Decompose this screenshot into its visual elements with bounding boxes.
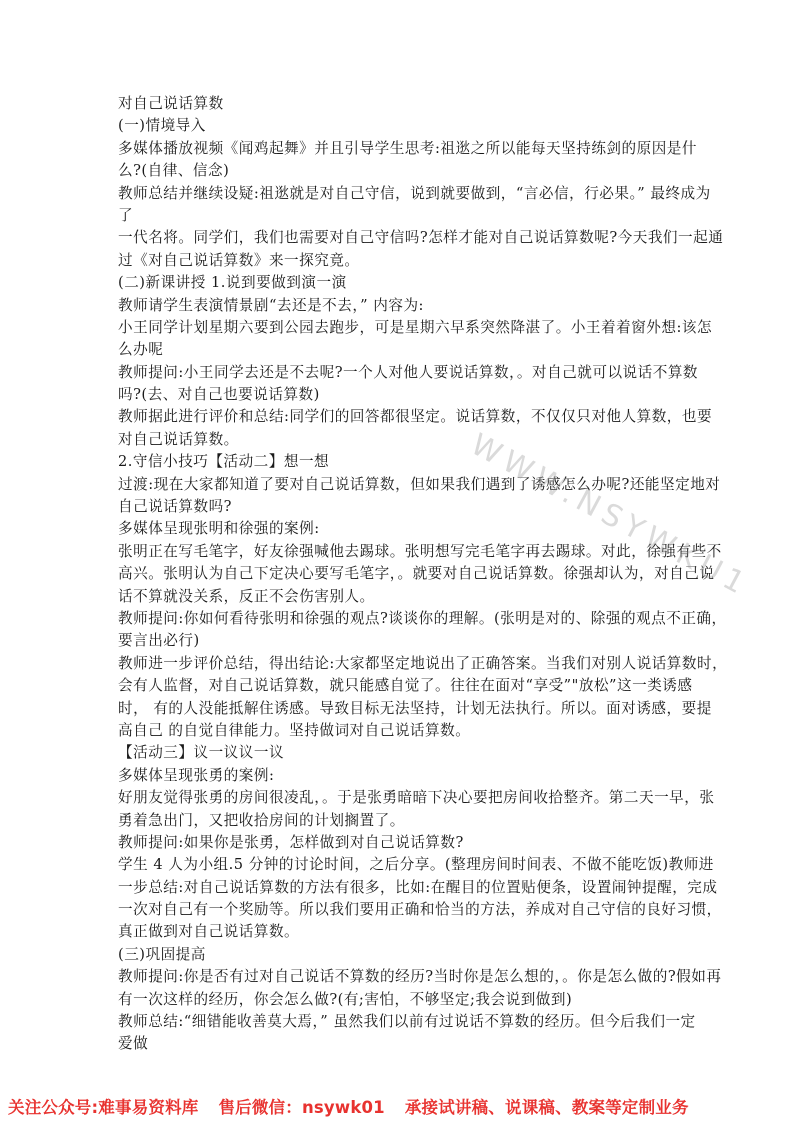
document-title: 对自己说话算数 — [118, 93, 678, 115]
section-heading: 【活动三】议一议议一议 — [118, 742, 678, 764]
section-heading: (二)新课讲授 1.说到要做到演一演 — [118, 272, 678, 294]
paragraph-line: 么?(自律、信念) — [118, 160, 678, 182]
paragraph-line: 么办呢 — [118, 339, 678, 361]
paragraph-line: 教师提问:你是否有过对自己说话不算数的经历?当时你是怎么想的，。你是怎么做的?假… — [118, 966, 678, 988]
paragraph-line: 真正做到对自己说话算数。 — [118, 921, 678, 943]
paragraph-line: 有一次这样的经历，你会怎么做?(有;害怕，不够坚定;我会说到做到) — [118, 989, 678, 1011]
footer-wechat-account: 关注公众号:难事易资料库 — [8, 1098, 199, 1117]
paragraph-line: 了 — [118, 205, 678, 227]
paragraph-line: 教师提问:小王同学去还是不去呢?一个人对他人要说话算数，。对自己就可以说话不算数 — [118, 362, 678, 384]
paragraph-line: 教师提问:如果你是张勇，怎样做到对自己说话算数? — [118, 832, 678, 854]
paragraph-line: 高自己 的自觉自律能力。坚持做词对自己说话算数。 — [118, 720, 678, 742]
paragraph-line: 话不算就没关系，反正不会伤害别人。 — [118, 586, 678, 608]
section-heading: (一)情境导入 — [118, 115, 678, 137]
paragraph-line: 过渡:现在大家都知道了要对自己说话算数，但如果我们遇到了诱感怎么办呢?还能坚定地… — [118, 474, 678, 496]
paragraph-line: 一步总结:对自己说话算数的方法有很多，比如:在醒目的位置贴便条，设置闹钟提醒，完… — [118, 877, 678, 899]
paragraph-line: 要言出必行) — [118, 630, 678, 652]
footer-service: 承接试讲稿、说课稿、教案等定制业务 — [405, 1098, 689, 1117]
footer-banner: 关注公众号:难事易资料库 售后微信：nsywk01 承接试讲稿、说课稿、教案等定… — [0, 1094, 793, 1122]
paragraph-line: 多媒体呈现张勇的案例: — [118, 765, 678, 787]
paragraph-line: 高兴。张明认为自己下定决心要写毛笔字，。就要对自己说话算数。徐强却认为，对自己说 — [118, 563, 678, 585]
paragraph-line: 小王同学计划星期六要到公园去跑步，可是星期六早系突然降湛了。小王着着窗外想:该怎 — [118, 317, 678, 339]
paragraph-line: 吗?(去、对自己也要说话算数) — [118, 384, 678, 406]
paragraph-line: 爱做 — [118, 1033, 678, 1055]
paragraph-line: 教师提问:你如何看待张明和徐强的观点?谈谈你的理解。(张明是对的、除强的观点不正… — [118, 608, 678, 630]
paragraph-line: 勇着急出门，又把收拾房间的计划搁置了。 — [118, 810, 678, 832]
paragraph-line: 教师总结:“细错能收善莫大焉，” 虽然我们以前有过说话不算数的经历。但今后我们一… — [118, 1011, 678, 1033]
paragraph-line: 多媒体呈现张明和徐强的案例: — [118, 518, 678, 540]
paragraph-line: 时， 有的人没能抵解住诱感。导致目标无法坚持，计划无法执行。所以。面对诱感，要提 — [118, 698, 678, 720]
paragraph-line: 好朋友觉得张勇的房间很凌乱，。于是张勇暗暗下决心要把房间收拾整齐。第二天一早，张 — [118, 787, 678, 809]
paragraph-line: 教师据此进行评价和总结:同学们的回答都很坚定。说话算数，不仅仅只对他人算数，也要 — [118, 406, 678, 428]
footer-contact: 售后微信：nsywk01 — [218, 1098, 384, 1117]
document-body: 对自己说话算数 (一)情境导入 多媒体播放视频《闻鸡起舞》并且引导学生思考:祖逖… — [118, 93, 678, 1056]
paragraph-line: 教师总结并继续设疑:祖逖就是对自己守信，说到就要做到，“言必信，行必果。” 最终… — [118, 183, 678, 205]
paragraph-line: 教师请学生表演情景剧“去还是不去，” 内容为: — [118, 295, 678, 317]
paragraph-line: 对自己说话算数。 — [118, 429, 678, 451]
paragraph-line: 一代名将。同学们，我们也需要对自己守信吗?怎样才能对自己说话算数呢?今天我们一起… — [118, 227, 678, 249]
paragraph-line: 自己说话算数吗? — [118, 496, 678, 518]
paragraph-line: 学生 4 人为小组.5 分钟的讨论时间，之后分享。(整理房间时间表、不做不能吃饭… — [118, 854, 678, 876]
paragraph-line: 教师进一步评价总结，得出结论:大家都坚定地说出了正确答案。当我们对别人说话算数时… — [118, 653, 678, 675]
paragraph-line: 多媒体播放视频《闻鸡起舞》并且引导学生思考:祖逖之所以能每天坚持练剑的原因是什 — [118, 138, 678, 160]
paragraph-line: 过《对自己说话算数》来一探究竟。 — [118, 250, 678, 272]
section-heading: 2.守信小技巧【活动二】想一想 — [118, 451, 678, 473]
paragraph-line: 张明正在写毛笔字，好友徐强喊他去踢球。张明想写完毛笔字再去踢球。对此，徐强有些不 — [118, 541, 678, 563]
paragraph-line: 会有人监督，对自己说话算数，就只能感自觉了。往往在面对“享受”"放松”这一类诱感 — [118, 675, 678, 697]
paragraph-line: 一次对自己有一个奖励等。所以我们要用正确和恰当的方法，养成对自己守信的良好习惯， — [118, 899, 678, 921]
section-heading: (三)巩固提高 — [118, 944, 678, 966]
